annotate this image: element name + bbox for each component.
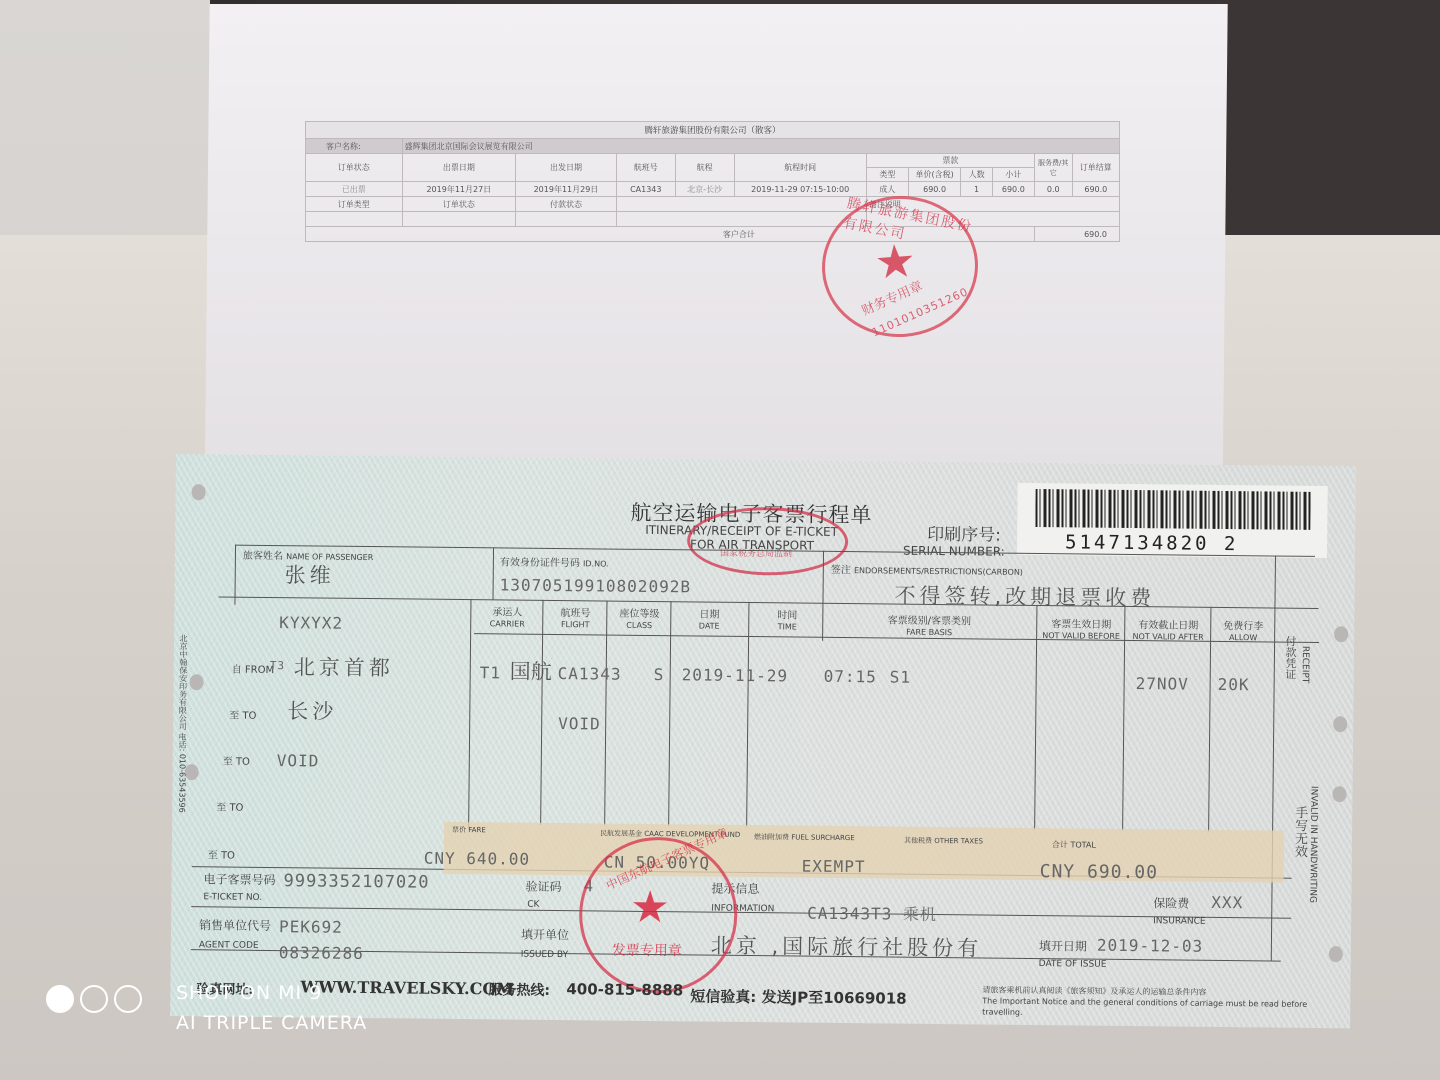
carrier-header-en: CARRIER — [490, 619, 525, 628]
segment-flight: CA1343 — [558, 664, 622, 684]
ck-label-en: CK — [527, 900, 539, 910]
cell-ticket-date: 2019年11月27日 — [402, 182, 515, 197]
pnr: KYXYX2 — [279, 613, 343, 633]
punch-hole-icon — [1333, 716, 1347, 732]
fare-basis-header: 客票级别/客票类别FARE BASIS — [834, 611, 1024, 639]
itinerary-receipt: 航空运输电子客票行程单 ITINERARY/RECEIPT OF E-TICKE… — [170, 454, 1356, 1028]
cell-route: 北京-长沙 — [675, 182, 734, 197]
invoice-stamp: 中国东航电子客票专用章 ★ 发票专用章 — [578, 836, 738, 994]
fare-value: CNY 640.00 — [424, 849, 531, 869]
insurance-label-en: INSURANCE — [1153, 916, 1206, 927]
allow-header-en: ALLOW — [1229, 633, 1257, 642]
allow-header-cn: 免费行李 — [1212, 617, 1274, 633]
id-label-en: ID.NO. — [583, 559, 609, 568]
segment-class: S — [654, 665, 665, 684]
col-route: 航程 — [675, 154, 734, 182]
segment-fare-basis: S1 — [890, 667, 911, 686]
receipt-cn: 付款凭证 — [1282, 636, 1298, 680]
issued-label-cn: 填开单位 — [521, 926, 569, 944]
invalid-cn: 手写无效 — [1290, 806, 1310, 858]
flight-header: 航班号FLIGHT — [546, 604, 604, 631]
other-taxes-label-cn: 其他税费 — [904, 837, 932, 845]
flight-header-cn: 航班号 — [546, 604, 604, 620]
fare-label: 票价 FARE — [452, 825, 486, 835]
notice-en: The Important Notice and the general con… — [982, 995, 1342, 1021]
fare-label-en: FARE — [468, 826, 486, 834]
eticket-label-cn: 电子客票号码 — [203, 870, 275, 888]
cell-departure-date: 2019年11月29日 — [516, 182, 617, 197]
invoice-title: 腾轩旅游集团股份有限公司（散客） — [306, 122, 1120, 139]
issued-by: 北京 ,国际旅行社股份有 — [711, 930, 983, 963]
carrier-header-cn: 承运人 — [477, 603, 537, 619]
endorse-label-cn: 签注 — [831, 565, 851, 576]
total-label-en: TOTAL — [1070, 840, 1095, 849]
cell-flight-no: CA1343 — [616, 182, 675, 197]
blank-cell — [402, 212, 515, 227]
barcode-icon — [1035, 489, 1310, 530]
label-order-type: 订单类型 — [306, 197, 403, 212]
col-departure-date: 出发日期 — [516, 154, 617, 182]
col-subtotal: 小计 — [992, 168, 1034, 182]
carrier-header: 承运人CARRIER — [477, 603, 537, 630]
nvb-header-cn: 客票生效日期 — [1038, 615, 1124, 631]
cell-fare-type: 成人 — [866, 182, 908, 197]
customer-label: 客户名称: — [306, 139, 403, 154]
time-header-en: TIME — [778, 622, 797, 631]
label-payment-status: 付款状态 — [516, 197, 617, 212]
punch-hole-icon — [1334, 626, 1348, 642]
col-unit-price: 单价(含税) — [908, 168, 961, 182]
agent-label-cn: 销售单位代号 — [199, 916, 271, 934]
invoice-table: 腾轩旅游集团股份有限公司（散客） 客户名称: 盛辉集团北京国际会议展览有限公司 … — [305, 121, 1120, 242]
segment-to-city: VOID — [277, 751, 320, 770]
passenger-name: 张维 — [285, 559, 335, 590]
total-label: 合计 TOTAL — [1052, 839, 1096, 850]
invoice-sheet — [204, 4, 1227, 524]
other-taxes-label-en: OTHER TAXES — [934, 837, 983, 846]
fare-basis-header-cn: 客票级别/客票类别 — [834, 611, 1024, 628]
col-route-time: 航程时间 — [734, 154, 866, 182]
blank-cell — [516, 212, 617, 227]
customer-name: 盛辉集团北京国际会议展览有限公司 — [402, 139, 1119, 154]
star-icon: ★ — [630, 882, 670, 933]
divider — [234, 545, 236, 605]
blank-cell — [306, 212, 403, 227]
nva-header: 有效截止日期NOT VALID AFTER — [1126, 616, 1210, 643]
segment-to-label: 至 TO — [216, 798, 243, 813]
insurance-value: XXX — [1211, 893, 1243, 912]
fuel-label-cn: 燃油附加费 — [754, 833, 789, 841]
col-order-total: 订单结算 — [1072, 154, 1119, 182]
date-header-en: DATE — [699, 621, 720, 630]
issue-date-label-en: DATE OF ISSUE — [1039, 959, 1107, 970]
total-value: CNY 690.00 — [1040, 861, 1159, 883]
customer-total-value: 690.0 — [1034, 227, 1119, 242]
segment-date: 2019-11-29 — [682, 665, 789, 685]
watermark-line-2: AI TRIPLE CAMERA — [176, 1008, 367, 1038]
tax-oval-stamp: 国家税务总局监制 — [687, 506, 849, 576]
col-order-status: 订单状态 — [306, 154, 403, 182]
class-header: 座位等级CLASS — [610, 605, 668, 632]
other-taxes-label: 其他税费 OTHER TAXES — [904, 836, 983, 847]
cell-unit-price: 690.0 — [908, 182, 961, 197]
segment-to-label: 至 TO — [223, 753, 250, 768]
fuel-value: EXEMPT — [802, 857, 866, 877]
passenger-label-cn: 旅客姓名 — [243, 551, 283, 562]
flight-header-en: FLIGHT — [561, 620, 590, 629]
agent-code-2: 08326286 — [279, 943, 364, 963]
punch-hole-icon — [1332, 786, 1346, 802]
blank-cell — [616, 212, 866, 227]
fare-label-cn: 票价 — [452, 826, 466, 834]
fuel-label-en: FUEL SURCHARGE — [791, 833, 855, 842]
allow-header: 免费行李ALLOW — [1212, 617, 1274, 644]
punch-hole-icon — [192, 484, 206, 500]
cell-service-fee: 0.0 — [1034, 182, 1072, 197]
nva-header-en: NOT VALID AFTER — [1133, 632, 1204, 642]
cell-count: 1 — [961, 182, 993, 197]
total-label-cn: 合计 — [1052, 840, 1068, 849]
label-order-status: 订单状态 — [402, 197, 515, 212]
hotline-label: 服务热线: — [488, 979, 550, 1000]
cell-order-total: 690.0 — [1072, 182, 1119, 197]
date-header: 日期DATE — [674, 605, 744, 632]
segment-to-city: 长沙 — [287, 695, 337, 726]
cdf-label-cn: 民航发展基金 — [600, 829, 642, 837]
divider — [822, 551, 824, 641]
time-header: 时间TIME — [752, 606, 822, 633]
serial-number: 5147134820 2 — [1065, 531, 1239, 555]
watermark-line-1: SHOT ON MI 9 — [176, 978, 367, 1008]
segment-to-label: 至 TO — [229, 707, 256, 722]
eticket-label-en: E-TICKET NO. — [203, 892, 262, 903]
agent-label-en: AGENT CODE — [199, 940, 259, 951]
divider — [468, 599, 471, 829]
endorse-label-en: ENDORSEMENTS/RESTRICTIONS(CARBON) — [854, 566, 1023, 577]
date-header-cn: 日期 — [674, 605, 744, 621]
sms-verify: 短信验真: 发送JP至10669018 — [690, 985, 907, 1008]
col-flight-no: 航班号 — [616, 154, 675, 182]
camera-watermark: SHOT ON MI 9 AI TRIPLE CAMERA — [176, 978, 367, 1038]
agent-code-1: PEK692 — [279, 917, 343, 937]
segment-terminal-prefix: T3 — [270, 659, 285, 672]
issued-label-en: ISSUED BY — [521, 950, 568, 960]
invoice-row: 已出票 2019年11月27日 2019年11月29日 CA1343 北京-长沙… — [306, 182, 1120, 197]
segment-from-city: 北京首都 — [294, 651, 394, 682]
segment-terminal: T1 — [480, 663, 501, 682]
fare-basis-header-en: FARE BASIS — [906, 628, 952, 637]
segment-void-mark: VOID — [558, 714, 601, 733]
printer-info: 北京中翰保安印务有限公司 电话: 010-63543596 — [176, 634, 189, 813]
punch-hole-icon — [190, 674, 204, 690]
invalid-en: INVALID IN HANDWRITING — [1307, 786, 1318, 903]
col-fare: 票款 — [866, 154, 1034, 168]
cell-subtotal: 690.0 — [992, 182, 1034, 197]
nvb-header-en: NOT VALID BEFORE — [1042, 631, 1120, 641]
camera-dots-icon — [46, 985, 148, 1013]
segment-nva: 27NOV — [1136, 674, 1189, 694]
time-header-cn: 时间 — [752, 606, 822, 622]
issue-date-label-cn: 填开日期 — [1039, 937, 1087, 955]
blank-cell — [616, 197, 866, 212]
cell-order-status: 已出票 — [306, 182, 403, 197]
ck-label-cn: 验证码 — [525, 878, 561, 895]
endorsement: 不得签转,改期退票收费 — [894, 580, 1155, 613]
serial-label: 印刷序号: — [927, 520, 1001, 546]
class-header-en: CLASS — [626, 621, 652, 630]
insurance-label-cn: 保险费 — [1153, 894, 1189, 911]
segment-allow: 20K — [1218, 675, 1250, 694]
segment-time: 07:15 — [824, 667, 877, 687]
fuel-label: 燃油附加费 FUEL SURCHARGE — [754, 832, 855, 843]
oval-stamp-text: 国家税务总局监制 — [720, 546, 792, 560]
class-header-cn: 座位等级 — [610, 605, 668, 621]
segment-to-label: 至 TO — [208, 846, 235, 861]
eticket-number: 9993352107020 — [283, 871, 429, 893]
col-service-fee: 服务费/其它 — [1034, 154, 1072, 182]
id-number: 13070519910802092B — [500, 575, 692, 596]
divider — [492, 547, 494, 599]
segment-carrier: 国航 — [510, 656, 552, 686]
punch-hole-icon — [1329, 946, 1343, 962]
cell-route-time: 2019-11-29 07:15-10:00 — [734, 182, 866, 197]
receipt-en: RECEIPT — [1300, 646, 1310, 684]
endorse-label: 签注 ENDORSEMENTS/RESTRICTIONS(CARBON) — [831, 561, 1023, 578]
id-label-cn: 有效身份证件号码 — [500, 557, 580, 569]
col-ticket-date: 出票日期 — [402, 154, 515, 182]
col-count: 人数 — [961, 168, 993, 182]
segment-from-label: 自 FROM — [232, 661, 275, 676]
col-fare-type: 类型 — [866, 168, 908, 182]
id-label: 有效身份证件号码 ID.NO. — [500, 553, 609, 569]
divider — [1271, 556, 1276, 961]
stamp2-center-text: 发票专用章 — [612, 940, 682, 961]
info-value: CA1343T3 乘机 — [807, 901, 937, 925]
nvb-header: 客票生效日期NOT VALID BEFORE — [1038, 615, 1124, 642]
nva-header-cn: 有效截止日期 — [1126, 616, 1210, 632]
hotline: 400-815-8888 — [566, 980, 683, 999]
notice: 请旅客乘机前认真阅读《旅客须知》及承运人的运输总条件内容The Importan… — [982, 984, 1342, 1021]
issue-date: 2019-12-03 — [1097, 936, 1204, 956]
